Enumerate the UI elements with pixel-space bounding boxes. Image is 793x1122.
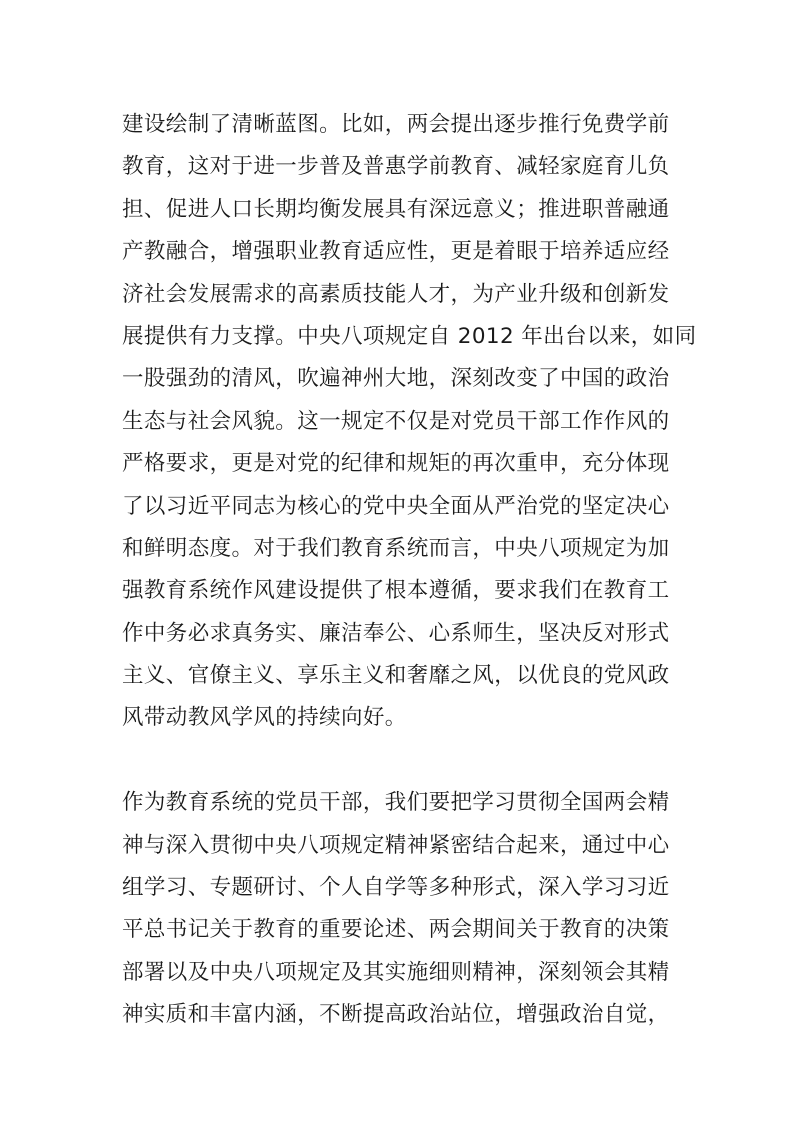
text-line: 风带动教风学风的持续向好。: [122, 697, 682, 739]
text-line: 强教育系统作风建设提供了根本遵循，要求我们在教育工: [122, 570, 682, 612]
text-line: 部署以及中央八项规定及其实施细则精神，深刻领会其精: [122, 952, 682, 994]
document-page: 建设绘制了清晰蓝图。比如，两会提出逐步推行免费学前 教育，这对于进一步普及普惠学…: [0, 0, 793, 1122]
text-line: 建设绘制了清晰蓝图。比如，两会提出逐步推行免费学前: [122, 104, 682, 146]
text-line: 了以习近平同志为核心的党中央全面从严治党的坚定决心: [122, 486, 682, 528]
paragraph-2: 作为教育系统的党员干部，我们要把学习贯彻全国两会精 神与深入贯彻中央八项规定精神…: [122, 782, 682, 1036]
text-line: 担、促进人口长期均衡发展具有深远意义；推进职普融通: [122, 189, 682, 231]
text-line: 生态与社会风貌。这一规定不仅是对党员干部工作作风的: [122, 401, 682, 443]
text-line: 平总书记关于教育的重要论述、两会期间关于教育的决策: [122, 909, 682, 951]
paragraph-1: 建设绘制了清晰蓝图。比如，两会提出逐步推行免费学前 教育，这对于进一步普及普惠学…: [122, 104, 682, 740]
text-line: 神实质和丰富内涵，不断提高政治站位，增强政治自觉，: [122, 994, 682, 1036]
text-line: 神与深入贯彻中央八项规定精神紧密结合起来，通过中心: [122, 825, 682, 867]
text-line: 展提供有力支撑。中央八项规定自 2012 年出台以来，如同: [122, 316, 682, 358]
document-body: 建设绘制了清晰蓝图。比如，两会提出逐步推行免费学前 教育，这对于进一步普及普惠学…: [122, 104, 682, 1037]
paragraph-spacer: [122, 740, 682, 782]
text-line: 主义、官僚主义、享乐主义和奢靡之风，以优良的党风政: [122, 655, 682, 697]
text-line: 教育，这对于进一步普及普惠学前教育、减轻家庭育儿负: [122, 146, 682, 188]
text-line: 一股强劲的清风，吹遍神州大地，深刻改变了中国的政治: [122, 358, 682, 400]
text-line: 作中务必求真务实、廉洁奉公、心系师生，坚决反对形式: [122, 613, 682, 655]
text-line: 组学习、专题研讨、个人自学等多种形式，深入学习习近: [122, 867, 682, 909]
text-line: 产教融合，增强职业教育适应性，更是着眼于培养适应经: [122, 231, 682, 273]
text-line: 和鲜明态度。对于我们教育系统而言，中央八项规定为加: [122, 528, 682, 570]
text-line: 济社会发展需求的高素质技能人才，为产业升级和创新发: [122, 274, 682, 316]
text-line: 作为教育系统的党员干部，我们要把学习贯彻全国两会精: [122, 782, 682, 824]
text-line: 严格要求，更是对党的纪律和规矩的再次重申，充分体现: [122, 443, 682, 485]
